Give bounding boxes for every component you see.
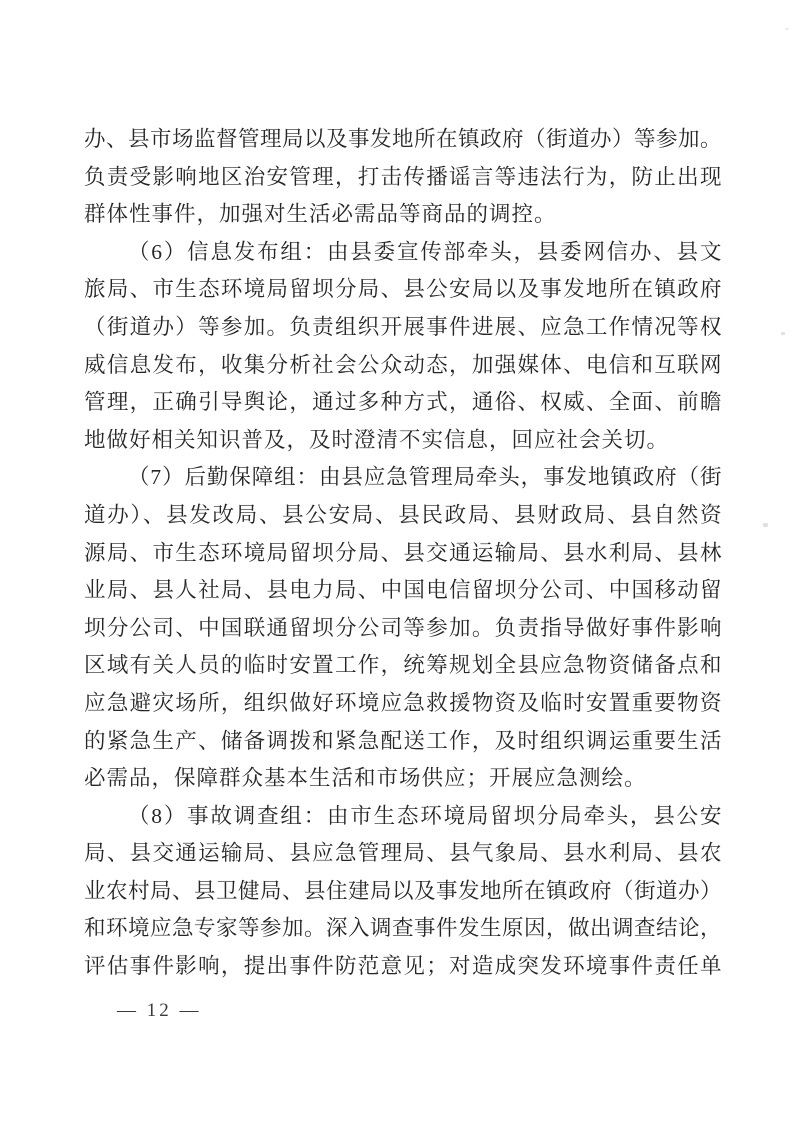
text-line: 应急避灾场所，组织做好环境应急救援物资及临时安置重要物资 <box>84 685 722 723</box>
text-line: 的紧急生产、储备调拨和紧急配送工作，及时组织调运重要生活 <box>84 723 722 761</box>
text-line: （8）事故调查组：由市生态环境局留坝分局牵头，县公安 <box>84 798 722 836</box>
text-line: 群体性事件，加强对生活必需品等商品的调控。 <box>84 196 722 234</box>
scan-artifact <box>763 523 768 527</box>
text-line: 源局、市生态环境局留坝分局、县交通运输局、县水利局、县林 <box>84 535 722 573</box>
text-line: 局、县交通运输局、县应急管理局、县气象局、县水利局、县农 <box>84 835 722 873</box>
text-line: 管理，正确引导舆论，通过多种方式，通俗、权威、全面、前瞻 <box>84 384 722 422</box>
scan-artifact <box>785 28 789 30</box>
text-line: 评估事件影响，提出事件防范意见；对造成突发环境事件责任单 <box>84 948 722 986</box>
text-line: 威信息发布，收集分析社会公众动态，加强媒体、电信和互联网 <box>84 347 722 385</box>
text-line: 和环境应急专家等参加。深入调查事件发生原因，做出调查结论， <box>84 910 722 948</box>
text-line: 旅局、市生态环境局留坝分局、县公安局以及事发地所在镇政府 <box>84 271 722 309</box>
text-line: 道办）、县发改局、县公安局、县民政局、县财政局、县自然资 <box>84 497 722 535</box>
text-line: 业农村局、县卫健局、县住建局以及事发地所在镇政府（街道办） <box>84 873 722 911</box>
paragraph: （6）信息发布组：由县委宣传部牵头，县委网信办、县文旅局、市生态环境局留坝分局、… <box>84 234 722 460</box>
text-line: （6）信息发布组：由县委宣传部牵头，县委网信办、县文 <box>84 234 722 272</box>
scan-artifact <box>781 332 785 335</box>
document-body: 办、县市场监督管理局以及事发地所在镇政府（街道办）等参加。负责受影响地区治安管理… <box>84 121 722 986</box>
text-line: （7）后勤保障组：由县应急管理局牵头，事发地镇政府（街 <box>84 459 722 497</box>
text-line: 区域有关人员的临时安置工作，统筹规划全县应急物资储备点和 <box>84 647 722 685</box>
page-number: — 12 — <box>117 997 202 1025</box>
text-line: 办、县市场监督管理局以及事发地所在镇政府（街道办）等参加。 <box>84 121 722 159</box>
text-line: 必需品，保障群众基本生活和市场供应；开展应急测绘。 <box>84 760 722 798</box>
text-line: （街道办）等参加。负责组织开展事件进展、应急工作情况等权 <box>84 309 722 347</box>
text-line: 负责受影响地区治安管理，打击传播谣言等违法行为，防止出现 <box>84 159 722 197</box>
text-line: 坝分公司、中国联通留坝分公司等参加。负责指导做好事件影响 <box>84 610 722 648</box>
paragraph: （7）后勤保障组：由县应急管理局牵头，事发地镇政府（街道办）、县发改局、县公安局… <box>84 459 722 797</box>
document-page: 办、县市场监督管理局以及事发地所在镇政府（街道办）等参加。负责受影响地区治安管理… <box>0 0 793 1122</box>
text-line: 地做好相关知识普及，及时澄清不实信息，回应社会关切。 <box>84 422 722 460</box>
paragraph: （8）事故调查组：由市生态环境局留坝分局牵头，县公安局、县交通运输局、县应急管理… <box>84 798 722 986</box>
paragraph: 办、县市场监督管理局以及事发地所在镇政府（街道办）等参加。负责受影响地区治安管理… <box>84 121 722 234</box>
text-line: 业局、县人社局、县电力局、中国电信留坝分公司、中国移动留 <box>84 572 722 610</box>
